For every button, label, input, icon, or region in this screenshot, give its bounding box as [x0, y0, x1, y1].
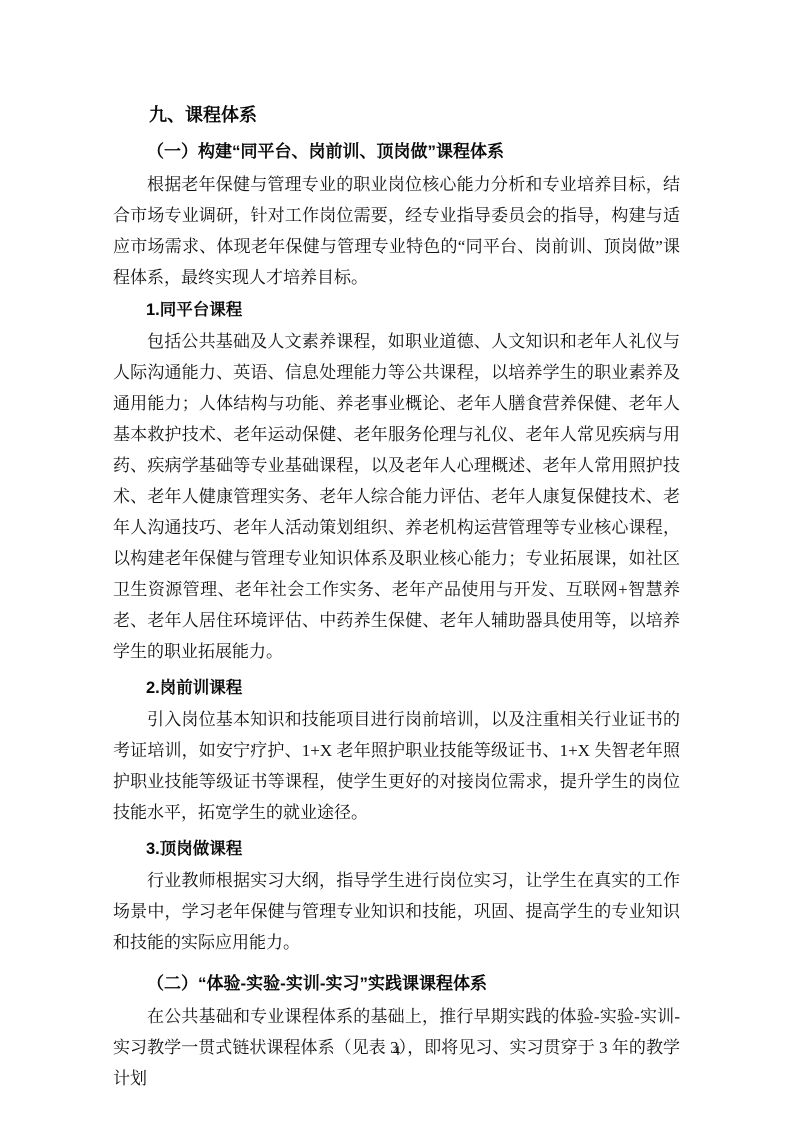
subsection-heading-one-platform-system: （一）构建“同平台、岗前训、顶岗做”课程体系 [113, 134, 680, 169]
paragraph-same-platform-courses: 包括公共基础及人文素养课程，如职业道德、人文知识和老年人礼仪与人际沟通能力、英语… [113, 326, 680, 667]
paragraph-on-post-practice-courses: 行业教师根据实习大纲，指导学生进行岗位实习，让学生在真实的工作场景中，学习老年保… [113, 865, 680, 958]
section-heading-nine-curriculum-system: 九、课程体系 [113, 97, 680, 134]
paragraph-overview: 根据老年保健与管理专业的职业岗位核心能力分析和专业培养目标，结合市场专业调研，针… [113, 169, 680, 293]
heading-2-pre-post-training-courses: 2.岗前训课程 [113, 673, 680, 704]
page-number: 4 [0, 1044, 793, 1060]
subsection-heading-two-practice-course-system: （二）“体验-实验-实训-实习”实践课课程体系 [113, 966, 680, 1001]
paragraph-pre-post-training-courses: 引入岗位基本知识和技能项目进行岗前培训，以及注重相关行业证书的考证培训，如安宁疗… [113, 704, 680, 828]
document-page: 九、课程体系 （一）构建“同平台、岗前训、顶岗做”课程体系 根据老年保健与管理专… [0, 0, 793, 1122]
heading-3-on-post-practice-courses: 3.顶岗做课程 [113, 834, 680, 865]
heading-1-same-platform-courses: 1.同平台课程 [113, 295, 680, 326]
